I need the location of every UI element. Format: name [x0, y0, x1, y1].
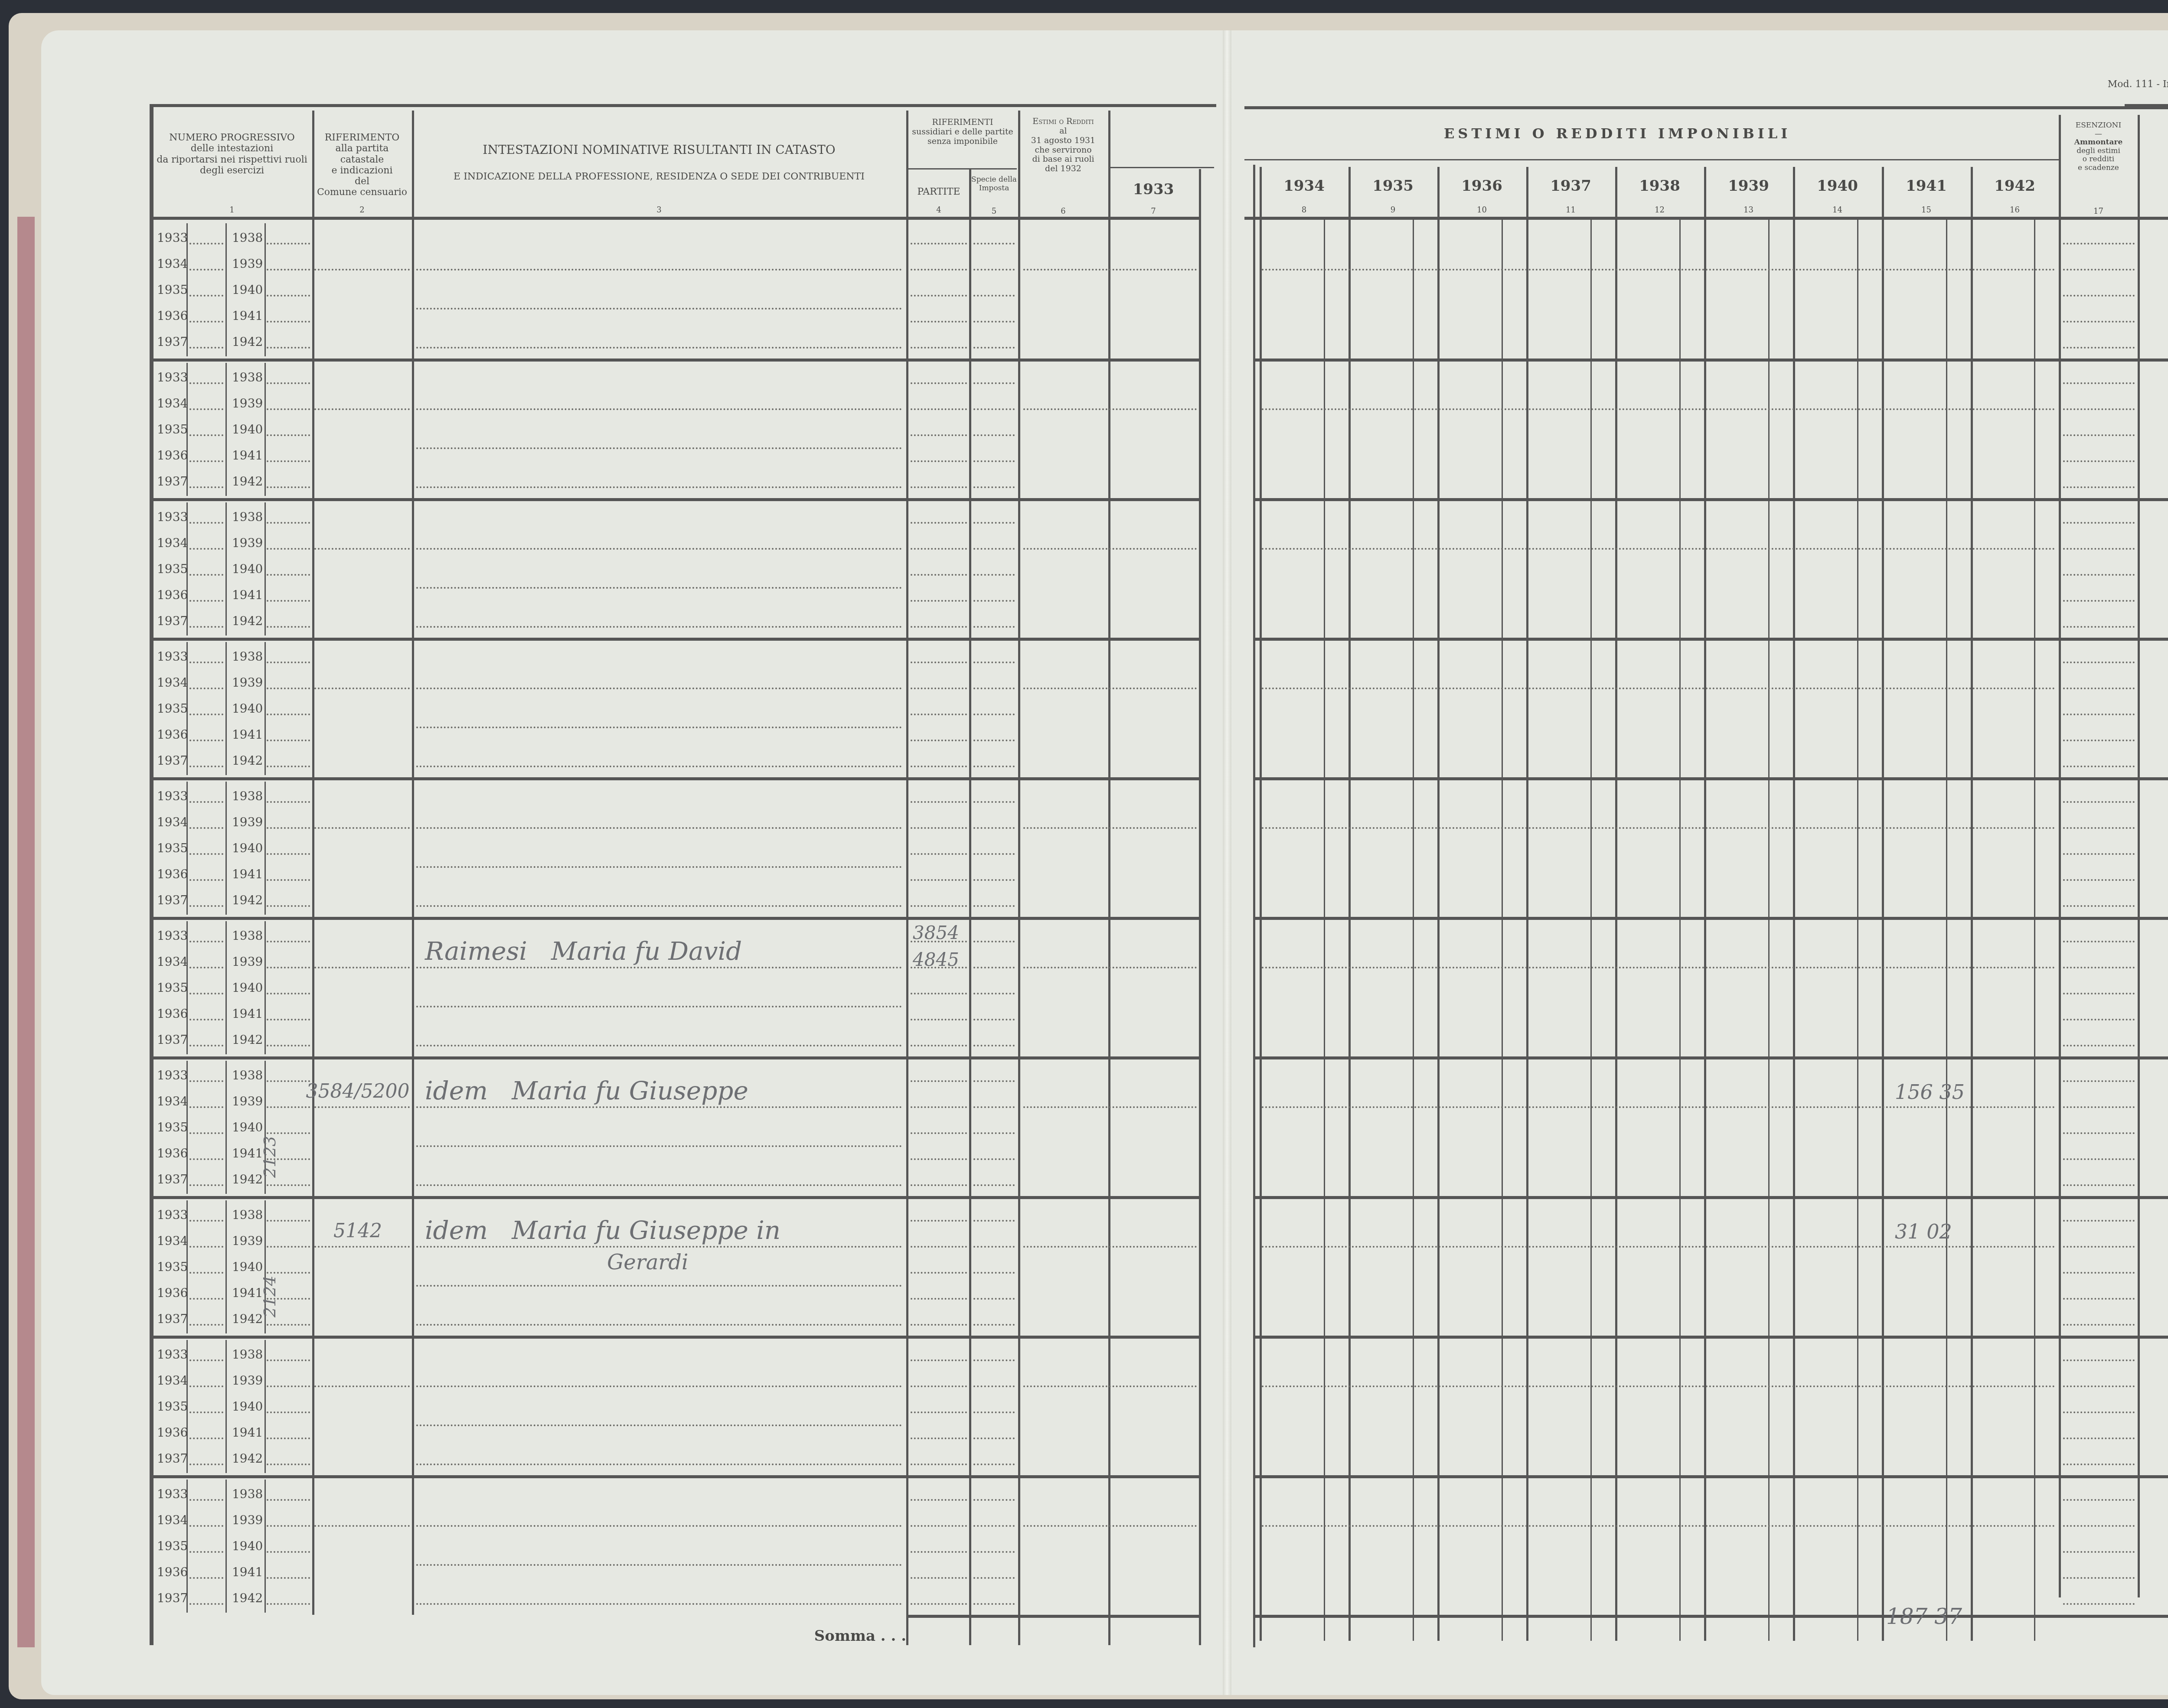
amounts-line[interactable]: [1262, 269, 2055, 271]
fill-in-dots[interactable]: [189, 662, 223, 663]
fill-in-dots[interactable]: [267, 626, 310, 628]
esenzioni-dots[interactable]: [2063, 1132, 2135, 1134]
amounts-line[interactable]: [1262, 827, 2055, 829]
partite-dots[interactable]: [973, 600, 1015, 602]
esenzioni-dots[interactable]: [2063, 1464, 2135, 1465]
intestazione-line[interactable]: [416, 1424, 902, 1426]
riferimento-line[interactable]: [314, 548, 410, 550]
fill-in-dots[interactable]: [189, 714, 223, 715]
partite-dots[interactable]: [911, 827, 967, 829]
riferimento-line[interactable]: [314, 408, 410, 410]
partite-dots[interactable]: [973, 486, 1015, 488]
fill-in-dots[interactable]: [267, 1359, 310, 1361]
partite-dots[interactable]: [973, 1385, 1015, 1387]
esenzioni-dots[interactable]: [2063, 879, 2135, 881]
partite-dots[interactable]: [911, 1220, 967, 1222]
partite-dots[interactable]: [911, 993, 967, 994]
intestazione-line[interactable]: [416, 587, 902, 589]
fill-in-dots[interactable]: [189, 993, 223, 994]
intestazione-line[interactable]: [416, 626, 902, 628]
fill-in-dots[interactable]: [267, 1437, 310, 1439]
intestazione-line[interactable]: [416, 766, 902, 767]
amounts-line[interactable]: [1262, 1246, 2055, 1248]
partite-dots[interactable]: [911, 1411, 967, 1413]
partite-dots[interactable]: [911, 1080, 967, 1082]
partite-dots[interactable]: [973, 1272, 1015, 1274]
esenzioni-dots[interactable]: [2063, 347, 2135, 349]
fill-in-dots[interactable]: [267, 600, 310, 602]
partite-dots[interactable]: [911, 522, 967, 524]
partite-dots[interactable]: [911, 1437, 967, 1439]
partite-dots[interactable]: [911, 347, 967, 349]
fill-in-dots[interactable]: [267, 967, 310, 968]
riferimento-line[interactable]: [314, 1385, 410, 1387]
amounts-line[interactable]: [1262, 967, 2055, 968]
intestazione-line[interactable]: [416, 548, 902, 550]
intestazione-line[interactable]: [416, 905, 902, 907]
fill-in-dots[interactable]: [267, 905, 310, 907]
fill-in-dots[interactable]: [189, 486, 223, 488]
fill-in-dots[interactable]: [189, 1158, 223, 1160]
partite-dots[interactable]: [973, 879, 1015, 881]
intestazione-line[interactable]: [416, 827, 902, 829]
partite-dots[interactable]: [973, 1158, 1015, 1160]
partite-dots[interactable]: [973, 1359, 1015, 1361]
partite-dots[interactable]: [973, 827, 1015, 829]
intestazione-line[interactable]: [416, 1285, 902, 1287]
fill-in-dots[interactable]: [267, 382, 310, 384]
fill-in-dots[interactable]: [189, 1525, 223, 1527]
partite-dots[interactable]: [973, 714, 1015, 715]
partite-dots[interactable]: [911, 853, 967, 855]
partite-dots[interactable]: [973, 1411, 1015, 1413]
partite-dots[interactable]: [973, 1184, 1015, 1186]
fill-in-dots[interactable]: [267, 688, 310, 689]
fill-in-dots[interactable]: [267, 408, 310, 410]
fill-in-dots[interactable]: [267, 714, 310, 715]
partite-dots[interactable]: [973, 269, 1015, 271]
fill-in-dots[interactable]: [189, 1499, 223, 1501]
esenzioni-dots[interactable]: [2063, 853, 2135, 855]
partite-dots[interactable]: [973, 321, 1015, 323]
fill-in-dots[interactable]: [189, 1551, 223, 1553]
fill-in-dots[interactable]: [267, 766, 310, 767]
esenzioni-dots[interactable]: [2063, 295, 2135, 297]
partite-dots[interactable]: [973, 408, 1015, 410]
partite-dots[interactable]: [973, 853, 1015, 855]
fill-in-dots[interactable]: [267, 1132, 310, 1134]
esenzioni-dots[interactable]: [2063, 600, 2135, 602]
esenzioni-dots[interactable]: [2063, 1158, 2135, 1160]
fill-in-dots[interactable]: [267, 548, 310, 550]
fill-in-dots[interactable]: [267, 1499, 310, 1501]
fill-in-dots[interactable]: [189, 1464, 223, 1465]
amounts-line[interactable]: [1023, 548, 1197, 550]
esenzioni-dots[interactable]: [2063, 1525, 2135, 1527]
esenzioni-dots[interactable]: [2063, 1437, 2135, 1439]
riferimento-line[interactable]: [314, 1106, 410, 1108]
amounts-line[interactable]: [1023, 827, 1197, 829]
partite-dots[interactable]: [911, 1158, 967, 1160]
fill-in-dots[interactable]: [189, 853, 223, 855]
fill-in-dots[interactable]: [189, 766, 223, 767]
intestazione-line[interactable]: [416, 1603, 902, 1605]
esenzioni-dots[interactable]: [2063, 1551, 2135, 1553]
esenzioni-dots[interactable]: [2063, 827, 2135, 829]
intestazione-line[interactable]: [416, 1184, 902, 1186]
fill-in-dots[interactable]: [189, 967, 223, 968]
intestazione-line[interactable]: [416, 1045, 902, 1046]
partite-dots[interactable]: [911, 1551, 967, 1553]
esenzioni-dots[interactable]: [2063, 1019, 2135, 1020]
esenzioni-dots[interactable]: [2063, 1499, 2135, 1501]
fill-in-dots[interactable]: [189, 434, 223, 436]
fill-in-dots[interactable]: [189, 1220, 223, 1222]
esenzioni-dots[interactable]: [2063, 1324, 2135, 1326]
esenzioni-dots[interactable]: [2063, 382, 2135, 384]
partite-dots[interactable]: [911, 1106, 967, 1108]
partite-dots[interactable]: [911, 1324, 967, 1326]
intestazione-line[interactable]: [416, 1525, 902, 1527]
esenzioni-dots[interactable]: [2063, 1359, 2135, 1361]
fill-in-dots[interactable]: [189, 827, 223, 829]
partite-dots[interactable]: [911, 879, 967, 881]
partite-dots[interactable]: [911, 662, 967, 663]
partite-dots[interactable]: [973, 801, 1015, 803]
esenzioni-dots[interactable]: [2063, 1272, 2135, 1274]
fill-in-dots[interactable]: [267, 269, 310, 271]
partite-dots[interactable]: [973, 1437, 1015, 1439]
fill-in-dots[interactable]: [189, 243, 223, 244]
fill-in-dots[interactable]: [189, 688, 223, 689]
fill-in-dots[interactable]: [267, 827, 310, 829]
fill-in-dots[interactable]: [189, 1184, 223, 1186]
amounts-line[interactable]: [1262, 1385, 2055, 1387]
esenzioni-dots[interactable]: [2063, 1184, 2135, 1186]
fill-in-dots[interactable]: [267, 941, 310, 942]
amounts-line[interactable]: [1262, 1525, 2055, 1527]
partite-dots[interactable]: [973, 382, 1015, 384]
partite-dots[interactable]: [911, 486, 967, 488]
intestazione-line[interactable]: [416, 408, 902, 410]
partite-dots[interactable]: [911, 243, 967, 244]
partite-dots[interactable]: [911, 408, 967, 410]
partite-dots[interactable]: [911, 1525, 967, 1527]
partite-dots[interactable]: [973, 1603, 1015, 1605]
partite-dots[interactable]: [973, 967, 1015, 968]
partite-dots[interactable]: [911, 321, 967, 323]
esenzioni-dots[interactable]: [2063, 1220, 2135, 1222]
fill-in-dots[interactable]: [189, 1246, 223, 1248]
fill-in-dots[interactable]: [267, 879, 310, 881]
partite-dots[interactable]: [911, 600, 967, 602]
esenzioni-dots[interactable]: [2063, 993, 2135, 994]
partite-dots[interactable]: [911, 1359, 967, 1361]
esenzioni-dots[interactable]: [2063, 688, 2135, 689]
partite-dots[interactable]: [911, 740, 967, 741]
partite-dots[interactable]: [973, 347, 1015, 349]
fill-in-dots[interactable]: [189, 1045, 223, 1046]
fill-in-dots[interactable]: [267, 1324, 310, 1326]
fill-in-dots[interactable]: [267, 295, 310, 297]
fill-in-dots[interactable]: [189, 1411, 223, 1413]
amounts-line[interactable]: [1262, 548, 2055, 550]
intestazione-line[interactable]: [416, 1006, 902, 1007]
intestazione-line[interactable]: [416, 1106, 902, 1108]
fill-in-dots[interactable]: [267, 740, 310, 741]
fill-in-dots[interactable]: [189, 382, 223, 384]
fill-in-dots[interactable]: [189, 905, 223, 907]
fill-in-dots[interactable]: [189, 522, 223, 524]
partite-dots[interactable]: [973, 766, 1015, 767]
partite-dots[interactable]: [973, 243, 1015, 244]
partite-dots[interactable]: [911, 688, 967, 689]
fill-in-dots[interactable]: [189, 801, 223, 803]
intestazione-line[interactable]: [416, 269, 902, 271]
partite-dots[interactable]: [911, 269, 967, 271]
intestazione-line[interactable]: [416, 347, 902, 349]
fill-in-dots[interactable]: [189, 740, 223, 741]
intestazione-line[interactable]: [416, 1464, 902, 1465]
fill-in-dots[interactable]: [189, 626, 223, 628]
fill-in-dots[interactable]: [267, 434, 310, 436]
partite-dots[interactable]: [973, 1019, 1015, 1020]
amounts-line[interactable]: [1023, 688, 1197, 689]
esenzioni-dots[interactable]: [2063, 1411, 2135, 1413]
partite-dots[interactable]: [973, 1246, 1015, 1248]
partite-dots[interactable]: [911, 382, 967, 384]
partite-dots[interactable]: [911, 1184, 967, 1186]
fill-in-dots[interactable]: [267, 1577, 310, 1579]
intestazione-line[interactable]: [416, 727, 902, 728]
fill-in-dots[interactable]: [267, 993, 310, 994]
fill-in-dots[interactable]: [267, 1525, 310, 1527]
partite-dots[interactable]: [911, 295, 967, 297]
partite-dots[interactable]: [911, 801, 967, 803]
fill-in-dots[interactable]: [189, 1298, 223, 1300]
esenzioni-dots[interactable]: [2063, 1577, 2135, 1579]
partite-dots[interactable]: [973, 1551, 1015, 1553]
esenzioni-dots[interactable]: [2063, 522, 2135, 524]
esenzioni-dots[interactable]: [2063, 1106, 2135, 1108]
intestazione-line[interactable]: [416, 866, 902, 868]
esenzioni-dots[interactable]: [2063, 269, 2135, 271]
fill-in-dots[interactable]: [189, 1577, 223, 1579]
fill-in-dots[interactable]: [267, 486, 310, 488]
amounts-line[interactable]: [1262, 408, 2055, 410]
partite-dots[interactable]: [911, 1272, 967, 1274]
partite-dots[interactable]: [911, 766, 967, 767]
partite-dots[interactable]: [973, 626, 1015, 628]
fill-in-dots[interactable]: [189, 548, 223, 550]
partite-dots[interactable]: [973, 905, 1015, 907]
riferimento-line[interactable]: [314, 1246, 410, 1248]
riferimento-line[interactable]: [314, 269, 410, 271]
partite-dots[interactable]: [973, 1464, 1015, 1465]
esenzioni-dots[interactable]: [2063, 243, 2135, 244]
fill-in-dots[interactable]: [189, 879, 223, 881]
partite-dots[interactable]: [911, 460, 967, 462]
partite-dots[interactable]: [973, 1132, 1015, 1134]
esenzioni-dots[interactable]: [2063, 1045, 2135, 1046]
esenzioni-dots[interactable]: [2063, 408, 2135, 410]
partite-dots[interactable]: [911, 434, 967, 436]
fill-in-dots[interactable]: [189, 1385, 223, 1387]
intestazione-line[interactable]: [416, 486, 902, 488]
partite-dots[interactable]: [911, 1603, 967, 1605]
fill-in-dots[interactable]: [189, 1324, 223, 1326]
fill-in-dots[interactable]: [267, 1246, 310, 1248]
fill-in-dots[interactable]: [189, 295, 223, 297]
esenzioni-dots[interactable]: [2063, 460, 2135, 462]
partite-dots[interactable]: [973, 574, 1015, 576]
partite-dots[interactable]: [973, 1080, 1015, 1082]
amounts-line[interactable]: [1023, 408, 1197, 410]
partite-dots[interactable]: [973, 1045, 1015, 1046]
esenzioni-dots[interactable]: [2063, 1080, 2135, 1082]
partite-dots[interactable]: [911, 1019, 967, 1020]
fill-in-dots[interactable]: [267, 662, 310, 663]
amounts-line[interactable]: [1023, 967, 1197, 968]
partite-dots[interactable]: [911, 714, 967, 715]
fill-in-dots[interactable]: [267, 460, 310, 462]
partite-dots[interactable]: [973, 941, 1015, 942]
esenzioni-dots[interactable]: [2063, 321, 2135, 323]
partite-dots[interactable]: [973, 662, 1015, 663]
esenzioni-dots[interactable]: [2063, 801, 2135, 803]
fill-in-dots[interactable]: [267, 801, 310, 803]
partite-dots[interactable]: [973, 1106, 1015, 1108]
fill-in-dots[interactable]: [267, 853, 310, 855]
fill-in-dots[interactable]: [189, 1132, 223, 1134]
esenzioni-dots[interactable]: [2063, 905, 2135, 907]
esenzioni-dots[interactable]: [2063, 1298, 2135, 1300]
fill-in-dots[interactable]: [267, 321, 310, 323]
amounts-line[interactable]: [1023, 1385, 1197, 1387]
fill-in-dots[interactable]: [189, 460, 223, 462]
esenzioni-dots[interactable]: [2063, 662, 2135, 663]
partite-dots[interactable]: [973, 1577, 1015, 1579]
amounts-line[interactable]: [1262, 688, 2055, 689]
esenzioni-dots[interactable]: [2063, 941, 2135, 942]
fill-in-dots[interactable]: [267, 1019, 310, 1020]
amounts-line[interactable]: [1023, 269, 1197, 271]
partite-dots[interactable]: [973, 993, 1015, 994]
partite-dots[interactable]: [911, 1246, 967, 1248]
esenzioni-dots[interactable]: [2063, 1385, 2135, 1387]
fill-in-dots[interactable]: [189, 1603, 223, 1605]
partite-dots[interactable]: [911, 1132, 967, 1134]
amounts-line[interactable]: [1023, 1106, 1197, 1108]
partite-dots[interactable]: [973, 548, 1015, 550]
fill-in-dots[interactable]: [189, 1080, 223, 1082]
fill-in-dots[interactable]: [267, 1551, 310, 1553]
fill-in-dots[interactable]: [189, 321, 223, 323]
esenzioni-dots[interactable]: [2063, 967, 2135, 968]
partite-dots[interactable]: [973, 740, 1015, 741]
fill-in-dots[interactable]: [189, 941, 223, 942]
esenzioni-dots[interactable]: [2063, 1246, 2135, 1248]
fill-in-dots[interactable]: [189, 1106, 223, 1108]
fill-in-dots[interactable]: [267, 1184, 310, 1186]
fill-in-dots[interactable]: [189, 1019, 223, 1020]
esenzioni-dots[interactable]: [2063, 766, 2135, 767]
riferimento-line[interactable]: [314, 1525, 410, 1527]
partite-dots[interactable]: [973, 1220, 1015, 1222]
partite-dots[interactable]: [973, 295, 1015, 297]
fill-in-dots[interactable]: [267, 1272, 310, 1274]
fill-in-dots[interactable]: [189, 347, 223, 349]
fill-in-dots[interactable]: [267, 347, 310, 349]
fill-in-dots[interactable]: [189, 600, 223, 602]
partite-dots[interactable]: [911, 1464, 967, 1465]
partite-dots[interactable]: [973, 460, 1015, 462]
fill-in-dots[interactable]: [267, 1411, 310, 1413]
intestazione-line[interactable]: [416, 447, 902, 449]
esenzioni-dots[interactable]: [2063, 740, 2135, 741]
partite-dots[interactable]: [973, 1499, 1015, 1501]
esenzioni-dots[interactable]: [2063, 434, 2135, 436]
partite-dots[interactable]: [973, 1525, 1015, 1527]
esenzioni-dots[interactable]: [2063, 574, 2135, 576]
riferimento-line[interactable]: [314, 688, 410, 689]
riferimento-line[interactable]: [314, 827, 410, 829]
esenzioni-dots[interactable]: [2063, 1603, 2135, 1605]
partite-dots[interactable]: [911, 905, 967, 907]
esenzioni-dots[interactable]: [2063, 548, 2135, 550]
esenzioni-dots[interactable]: [2063, 626, 2135, 628]
esenzioni-dots[interactable]: [2063, 714, 2135, 715]
fill-in-dots[interactable]: [267, 1464, 310, 1465]
intestazione-line[interactable]: [416, 1324, 902, 1326]
fill-in-dots[interactable]: [267, 1603, 310, 1605]
fill-in-dots[interactable]: [267, 1106, 310, 1108]
intestazione-line[interactable]: [416, 1246, 902, 1248]
riferimento-line[interactable]: [314, 967, 410, 968]
partite-dots[interactable]: [973, 1298, 1015, 1300]
intestazione-line[interactable]: [416, 1145, 902, 1147]
intestazione-line[interactable]: [416, 1564, 902, 1566]
partite-dots[interactable]: [973, 688, 1015, 689]
amounts-line[interactable]: [1023, 1246, 1197, 1248]
fill-in-dots[interactable]: [189, 1359, 223, 1361]
intestazione-line[interactable]: [416, 1385, 902, 1387]
partite-dots[interactable]: [911, 1385, 967, 1387]
intestazione-line[interactable]: [416, 308, 902, 310]
fill-in-dots[interactable]: [189, 1437, 223, 1439]
fill-in-dots[interactable]: [189, 574, 223, 576]
fill-in-dots[interactable]: [189, 269, 223, 271]
partite-dots[interactable]: [911, 1298, 967, 1300]
fill-in-dots[interactable]: [267, 522, 310, 524]
fill-in-dots[interactable]: [267, 1385, 310, 1387]
partite-dots[interactable]: [911, 1499, 967, 1501]
partite-dots[interactable]: [973, 522, 1015, 524]
fill-in-dots[interactable]: [267, 574, 310, 576]
fill-in-dots[interactable]: [189, 408, 223, 410]
fill-in-dots[interactable]: [267, 1045, 310, 1046]
esenzioni-dots[interactable]: [2063, 486, 2135, 488]
fill-in-dots[interactable]: [189, 1272, 223, 1274]
intestazione-line[interactable]: [416, 967, 902, 968]
amounts-line[interactable]: [1023, 1525, 1197, 1527]
partite-dots[interactable]: [911, 1045, 967, 1046]
partite-dots[interactable]: [973, 434, 1015, 436]
amounts-line[interactable]: [1262, 1106, 2055, 1108]
partite-dots[interactable]: [911, 548, 967, 550]
intestazione-line[interactable]: [416, 688, 902, 689]
partite-dots[interactable]: [973, 1324, 1015, 1326]
